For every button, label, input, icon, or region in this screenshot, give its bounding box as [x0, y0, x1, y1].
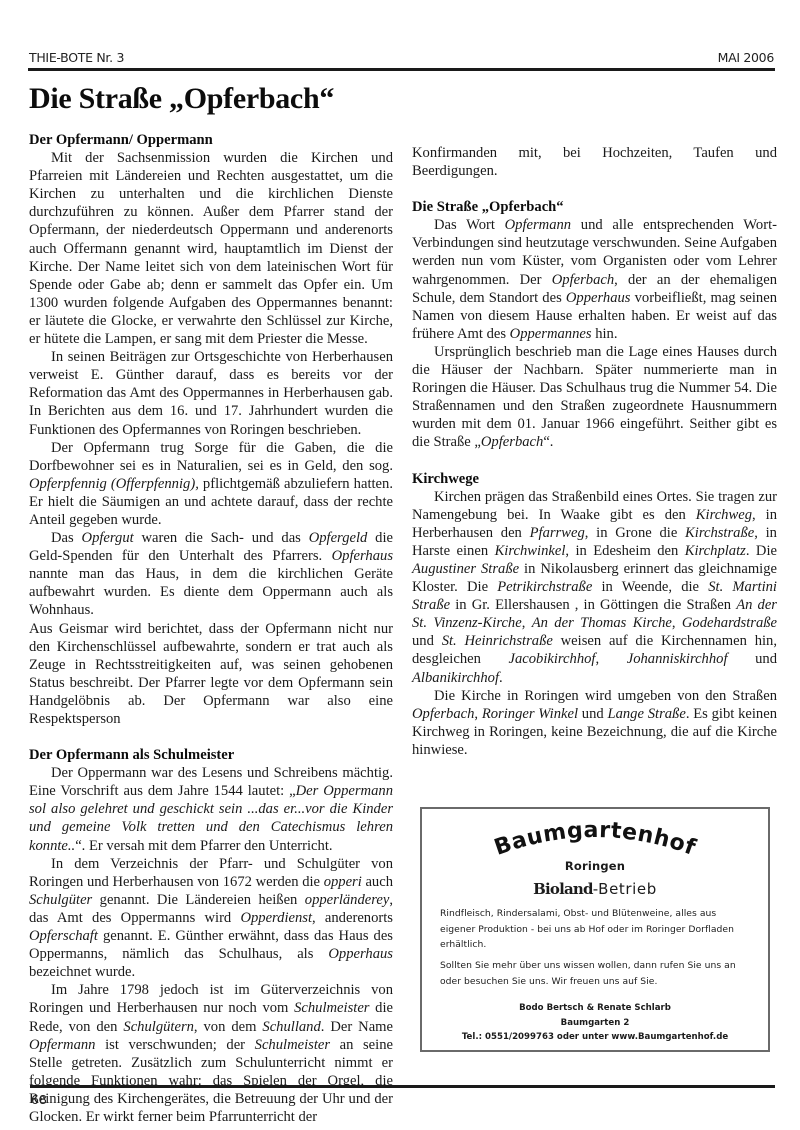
- section-gap: [29, 728, 393, 746]
- paragraph: Aus Geismar wird berichtet, dass der Opf…: [29, 620, 393, 729]
- paragraph: Das Wort Opfermann und alle entsprechend…: [412, 216, 777, 343]
- ad-invitation-text: Sollten Sie mehr über uns wissen wollen,…: [440, 958, 754, 989]
- ad-bioland-line: Bioland-Betrieb: [422, 880, 768, 898]
- italic-term: An der Thomas Kirche: [532, 615, 672, 631]
- advertisement-box: Baumgartenhof Roringen Bioland-Betrieb R…: [420, 807, 770, 1052]
- issue-date: MAI 2006: [718, 50, 774, 65]
- italic-term: Jacobikirchhof: [508, 651, 595, 667]
- left-column: Der Opfermann/ Oppermann Mit der Sachsen…: [29, 131, 393, 1126]
- contact-names: Bodo Bertsch & Renate Schlarb: [422, 1001, 768, 1016]
- paragraph: Im Jahre 1798 jedoch ist im Güterverzeic…: [29, 981, 393, 1126]
- italic-term: Augustiner Straße: [412, 561, 519, 577]
- paragraph: In dem Verzeichnis der Pfarr- und Schulg…: [29, 855, 393, 982]
- paragraph: Die Kirche in Roringen wird umgeben von …: [412, 687, 777, 759]
- italic-term: Opperdienst: [240, 910, 312, 926]
- italic-term: Roringer Winkel: [482, 706, 578, 722]
- italic-term: Lange Straße: [607, 706, 685, 722]
- italic-term: Opferhaus: [332, 548, 393, 564]
- italic-term: Opfermann: [29, 1037, 95, 1053]
- paragraph: Ursprünglich beschrieb man die Lage eine…: [412, 343, 777, 452]
- italic-term: Schulmeister: [294, 1000, 369, 1016]
- section-heading-kirchwege: Kirchwege: [412, 470, 777, 488]
- publication-name: THIE-BOTE Nr. 3: [29, 50, 124, 65]
- section-heading-opferbach: Die Straße „Opferbach“: [412, 198, 777, 216]
- section-heading-opfermann: Der Opfermann/ Oppermann: [29, 131, 393, 149]
- betrieb-label: -Betrieb: [593, 880, 657, 898]
- article-title: Die Straße „Opferbach“: [29, 82, 334, 116]
- italic-term: Kirchplatz: [685, 543, 746, 559]
- italic-term: Schulmeister: [255, 1037, 330, 1053]
- italic-term: Godehardstraße: [682, 615, 777, 631]
- ad-contact: Bodo Bertsch & Renate Schlarb Baumgarten…: [422, 1001, 768, 1045]
- italic-term: Opperhaus: [566, 290, 631, 306]
- footer-rule: [30, 1085, 775, 1088]
- italic-term: opperi: [324, 874, 362, 890]
- italic-term: St. Heinrichstraße: [442, 633, 553, 649]
- contact-phone-web: Tel.: 0551/2099763 oder unter www.Baumga…: [422, 1030, 768, 1045]
- header-rule: [28, 68, 775, 71]
- right-column: Konfirmanden mit, bei Hochzeiten, Taufen…: [412, 144, 777, 759]
- logo-text: Baumgartenhof: [491, 818, 699, 861]
- section-gap: [412, 452, 777, 470]
- paragraph: Das Opfergut waren die Sach- und das Opf…: [29, 529, 393, 619]
- bioland-mark: Bioland: [533, 880, 593, 898]
- italic-term: Johanniskirchhof: [627, 651, 728, 667]
- italic-term: Albanikirchhof: [412, 670, 499, 686]
- ad-products-text: Rindfleisch, Rindersalami, Obst- und Blü…: [440, 906, 754, 953]
- italic-term: Petrikirchstraße: [497, 579, 592, 595]
- svg-text:Baumgartenhof: Baumgartenhof: [491, 818, 699, 861]
- italic-term: Kirchwinkel: [495, 543, 566, 559]
- italic-term: Opfergut: [82, 530, 134, 546]
- italic-term: Pfarrweg: [530, 525, 585, 541]
- paragraph: In seinen Beiträgen zur Ortsgeschichte v…: [29, 348, 393, 438]
- italic-term: Opperhaus: [328, 946, 393, 962]
- italic-term: Opferschaft: [29, 928, 98, 944]
- italic-term: opperländerey: [305, 892, 390, 908]
- ad-location: Roringen: [422, 859, 768, 873]
- section-heading-schulmeister: Der Opfermann als Schulmeister: [29, 746, 393, 764]
- running-header: THIE-BOTE Nr. 3 MAI 2006: [29, 50, 774, 68]
- paragraph: Kirchen prägen das Straßenbild eines Ort…: [412, 488, 777, 687]
- italic-term: Opferbach: [552, 272, 614, 288]
- paragraph: Der Opfermann trug Sorge für die Gaben, …: [29, 439, 393, 529]
- italic-term: Kirchweg: [696, 507, 752, 523]
- italic-term: Oppermannes: [510, 326, 592, 342]
- italic-term: Der Oppermann sol also gelehret und gesc…: [29, 783, 393, 853]
- italic-term: Schulland: [262, 1019, 320, 1035]
- italic-term: Schulgüter: [29, 892, 92, 908]
- italic-term: St. Martini Straße: [412, 579, 777, 613]
- italic-term: Opfergeld: [309, 530, 368, 546]
- italic-term: Opferpfennig (Offerpfennig),: [29, 476, 199, 492]
- contact-address: Baumgarten 2: [422, 1016, 768, 1031]
- italic-term: Opfermann: [505, 217, 571, 233]
- page-number: 68: [31, 1092, 47, 1107]
- paragraph: Mit der Sachsenmission wurden die Kirche…: [29, 149, 393, 348]
- italic-term: Opferbach: [412, 706, 474, 722]
- paragraph-continuation: Konfirmanden mit, bei Hochzeiten, Taufen…: [412, 144, 777, 180]
- italic-term: Opferbach: [481, 434, 543, 450]
- paragraph: Der Oppermann war des Lesens und Schreib…: [29, 764, 393, 854]
- italic-term: Kirchstraße: [685, 525, 754, 541]
- italic-term: Schulgütern: [123, 1019, 194, 1035]
- section-gap: [412, 180, 777, 198]
